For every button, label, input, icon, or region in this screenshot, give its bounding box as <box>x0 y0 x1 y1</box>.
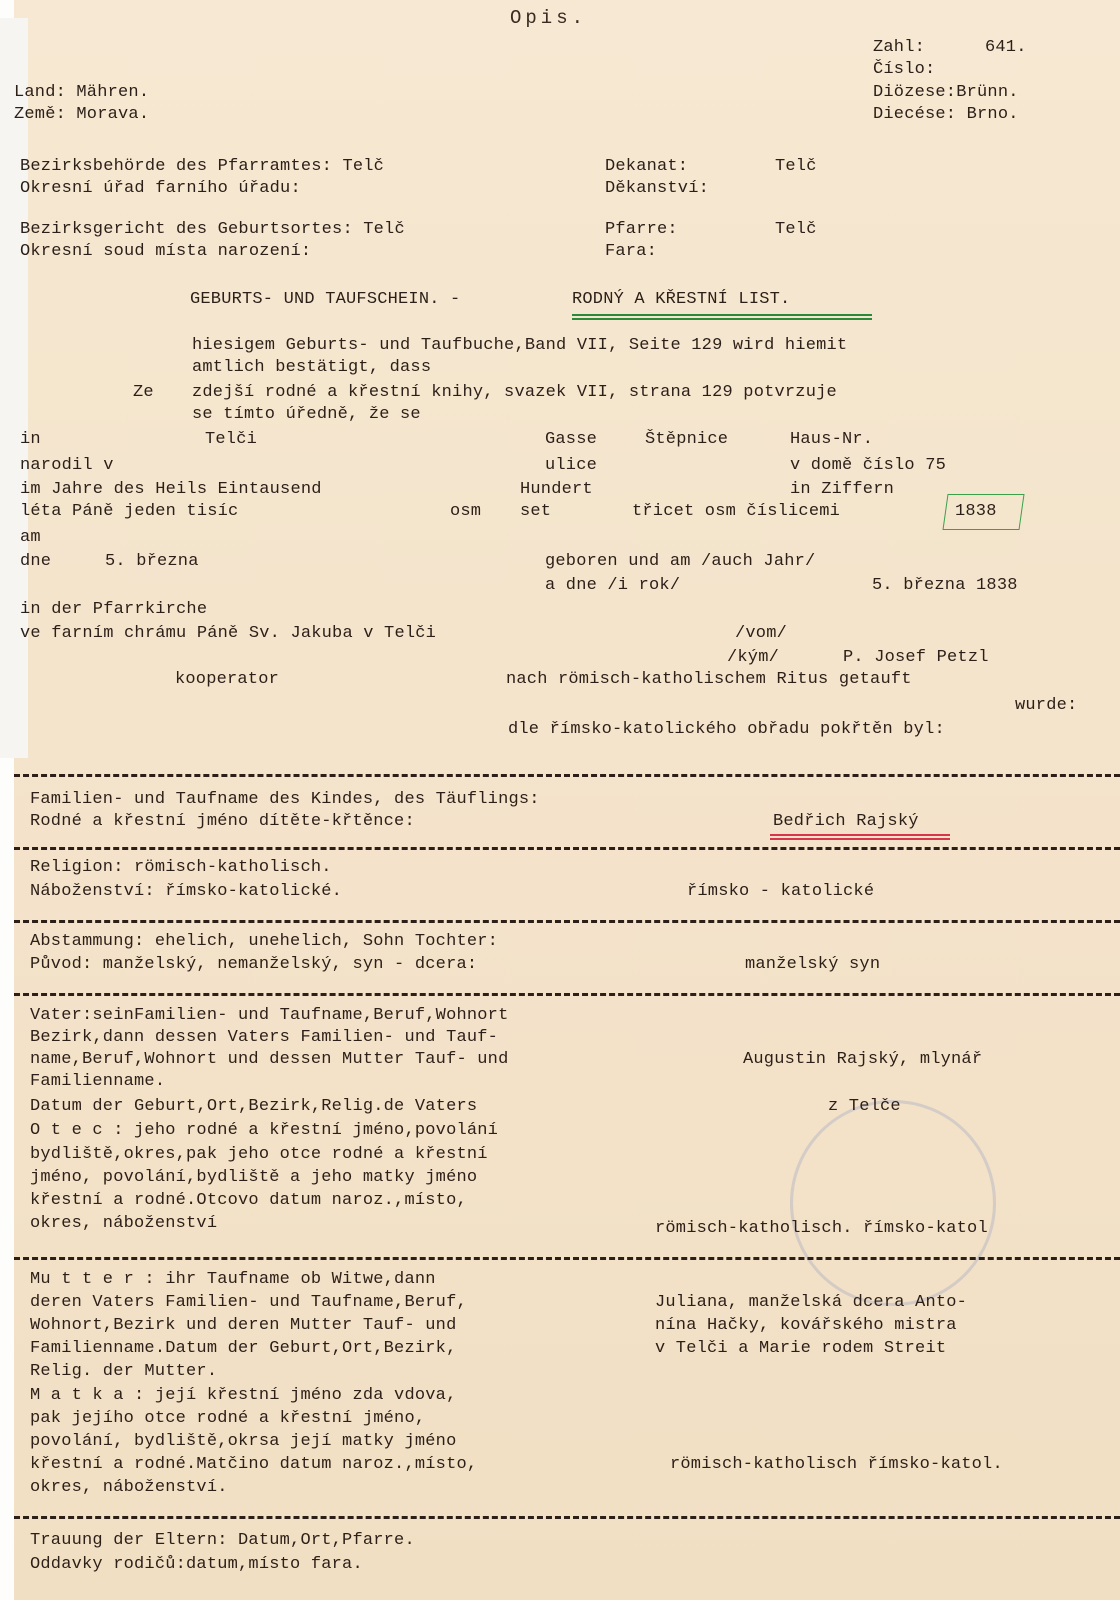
adne-label: a dne /i rok/ <box>545 576 680 596</box>
am-label: am <box>20 528 41 548</box>
tricet: třicet osm číslicemi <box>632 502 840 522</box>
origin-label-de: Abstammung: ehelich, unehelich, Sohn Toc… <box>30 932 498 952</box>
divider <box>14 1516 1120 1519</box>
origin-value: manželský syn <box>745 955 880 975</box>
narodil-label: narodil v <box>20 456 114 476</box>
religion-label-de: Religion: römisch-katholisch. <box>30 858 332 878</box>
father-line: bydliště,okres,pak jeho otce rodné a kře… <box>30 1145 488 1165</box>
father-line: Familienname. <box>30 1072 165 1092</box>
cert-line-4: se tímto úředně, že se <box>192 405 421 425</box>
cert-line-1: hiesigem Geburts- und Taufbuche,Band VII… <box>192 336 847 356</box>
pfarre-value: Telč <box>775 220 817 240</box>
title-czech: RODNÝ A KŘESTNÍ LIST. <box>572 290 790 310</box>
document-heading: Opis. <box>510 8 587 28</box>
okresni-urad: Okresní úřad farního úřadu: <box>20 179 301 199</box>
mother-line: Wohnort,Bezirk und deren Mutter Tauf- un… <box>30 1316 456 1336</box>
birth-place: Telči <box>205 430 257 450</box>
faint-stamp <box>790 1100 996 1306</box>
father-line: name,Beruf,Wohnort und dessen Mutter Tau… <box>30 1050 508 1070</box>
dne-label: dne <box>20 552 51 572</box>
divider <box>14 847 1120 850</box>
zahl-value: 641. <box>985 38 1027 58</box>
divider <box>14 774 1120 777</box>
father-line: jméno, povolání,bydliště a jeho matky jm… <box>30 1168 477 1188</box>
zeme: Země: Morava. <box>14 105 149 125</box>
green-underline <box>572 314 872 316</box>
street: Štěpnice <box>645 430 728 450</box>
set: set <box>520 502 551 522</box>
father-line: okres, náboženství <box>30 1214 217 1234</box>
geboren-label: geboren und am /auch Jahr/ <box>545 552 815 572</box>
priest-role: kooperator <box>175 670 279 690</box>
dome-label: v domě číslo 75 <box>790 456 946 476</box>
green-underline-2 <box>572 318 872 320</box>
marriage-label-de: Trauung der Eltern: Datum,Ort,Pfarre. <box>30 1531 415 1551</box>
mother-line: křestní a rodné.Matčino datum naroz.,mís… <box>30 1455 477 1475</box>
jahre-label: im Jahre des Heils Eintausend <box>20 480 322 500</box>
dekanat-value: Telč <box>775 157 817 177</box>
father-line: Bezirk,dann dessen Vaters Familien- und … <box>30 1028 498 1048</box>
cert-line-2: amtlich bestätigt, dass <box>192 358 431 378</box>
ziffern-label: in Ziffern <box>790 480 894 500</box>
pfarre-label: Pfarre: <box>605 220 678 240</box>
religion-label-cz: Náboženství: římsko-katolické. <box>30 882 342 902</box>
baptism-date: 5. března 1838 <box>872 576 1018 596</box>
mother-line: pak jejího otce rodné a křestní jméno, <box>30 1409 425 1429</box>
land: Land: Mähren. <box>14 83 149 103</box>
father-line: křestní a rodné.Otcovo datum naroz.,míst… <box>30 1191 467 1211</box>
bezirksgericht: Bezirksgericht des Geburtsortes: Telč <box>20 220 405 240</box>
cert-ze: Ze <box>133 383 154 403</box>
child-label-cz: Rodné a křestní jméno dítěte-křtěnce: <box>30 812 415 832</box>
kym-label: /kým/ <box>727 648 779 668</box>
haus-label: Haus-Nr. <box>790 430 873 450</box>
ulice-label: ulice <box>545 456 597 476</box>
osm: osm <box>450 502 481 522</box>
ritus-cz: dle římsko-katolického obřadu pokřtěn by… <box>508 720 945 740</box>
origin-label-cz: Původ: manželský, nemanželský, syn - dce… <box>30 955 477 975</box>
zahl-label: Zahl: <box>873 38 925 58</box>
father-line: Vater:seinFamilien- und Taufname,Beruf,W… <box>30 1006 508 1026</box>
mother-line: Relig. der Mutter. <box>30 1362 217 1382</box>
diecese: Diecése: Brno. <box>873 105 1019 125</box>
cislo-label: Číslo: <box>873 60 935 80</box>
wurde: wurde: <box>1015 696 1077 716</box>
gasse-label: Gasse <box>545 430 597 450</box>
priest: P. Josef Petzl <box>843 648 989 668</box>
year-green-box <box>942 494 1024 530</box>
mother-line: Mu t t e r : ihr Taufname ob Witwe,dann <box>30 1270 436 1290</box>
mother-line: Familienname.Datum der Geburt,Ort,Bezirk… <box>30 1339 456 1359</box>
divider <box>14 920 1120 923</box>
mother-religion: römisch-katholisch římsko-katol. <box>670 1455 1003 1475</box>
mother-value-2: nína Hačky, kovářského mistra <box>655 1316 957 1336</box>
father-name: Augustin Rajský, mlynář <box>743 1050 982 1070</box>
child-name: Bedřich Rajský <box>773 812 919 832</box>
vom-label: /vom/ <box>735 624 787 644</box>
cert-line-3: zdejší rodné a křestní knihy, svazek VII… <box>192 383 837 403</box>
father-place: z Telče <box>828 1097 901 1117</box>
church: ve farním chrámu Páně Sv. Jakuba v Telči <box>20 624 436 644</box>
mother-line: okres, náboženství. <box>30 1478 228 1498</box>
red-underline <box>770 834 950 836</box>
dioezese: Diözese:Brünn. <box>873 83 1019 103</box>
religion-value: římsko - katolické <box>687 882 874 902</box>
dekanstvi-label: Děkanství: <box>605 179 709 199</box>
marriage-label-cz: Oddavky rodičů:datum,místo fara. <box>30 1555 363 1575</box>
paper-edge <box>0 18 28 758</box>
red-underline-2 <box>770 838 950 840</box>
father-line: Datum der Geburt,Ort,Bezirk,Relig.de Vat… <box>30 1097 477 1117</box>
hundert-label: Hundert <box>520 480 593 500</box>
fara-label: Fara: <box>605 242 657 262</box>
mother-line: povolání, bydliště,okrsa její matky jmén… <box>30 1432 456 1452</box>
mother-line: M a t k a : její křestní jméno zda vdova… <box>30 1386 456 1406</box>
father-line: O t e c : jeho rodné a křestní jméno,pov… <box>30 1121 498 1141</box>
bezirksbehoerde: Bezirksbehörde des Pfarramtes: Telč <box>20 157 384 177</box>
title-german: GEBURTS- UND TAUFSCHEIN. - <box>190 290 460 310</box>
mother-value-1: Juliana, manželská dcera Anto- <box>655 1293 967 1313</box>
pfarrkirche-label: in der Pfarrkirche <box>20 600 207 620</box>
divider <box>14 993 1120 996</box>
mother-line: deren Vaters Familien- und Taufname,Beru… <box>30 1293 467 1313</box>
leta-label: léta Páně jeden tisíc <box>20 502 238 522</box>
ritus-de: nach römisch-katholischem Ritus getauft <box>506 670 912 690</box>
birth-date: 5. března <box>105 552 199 572</box>
divider <box>14 1257 1120 1260</box>
in-label: in <box>20 430 41 450</box>
okresni-soud: Okresní soud místa narození: <box>20 242 311 262</box>
mother-value-3: v Telči a Marie rodem Streit <box>655 1339 946 1359</box>
dekanat-label: Dekanat: <box>605 157 688 177</box>
father-religion: römisch-katholisch. římsko-katol <box>655 1219 988 1239</box>
child-label-de: Familien- und Taufname des Kindes, des T… <box>30 790 540 810</box>
